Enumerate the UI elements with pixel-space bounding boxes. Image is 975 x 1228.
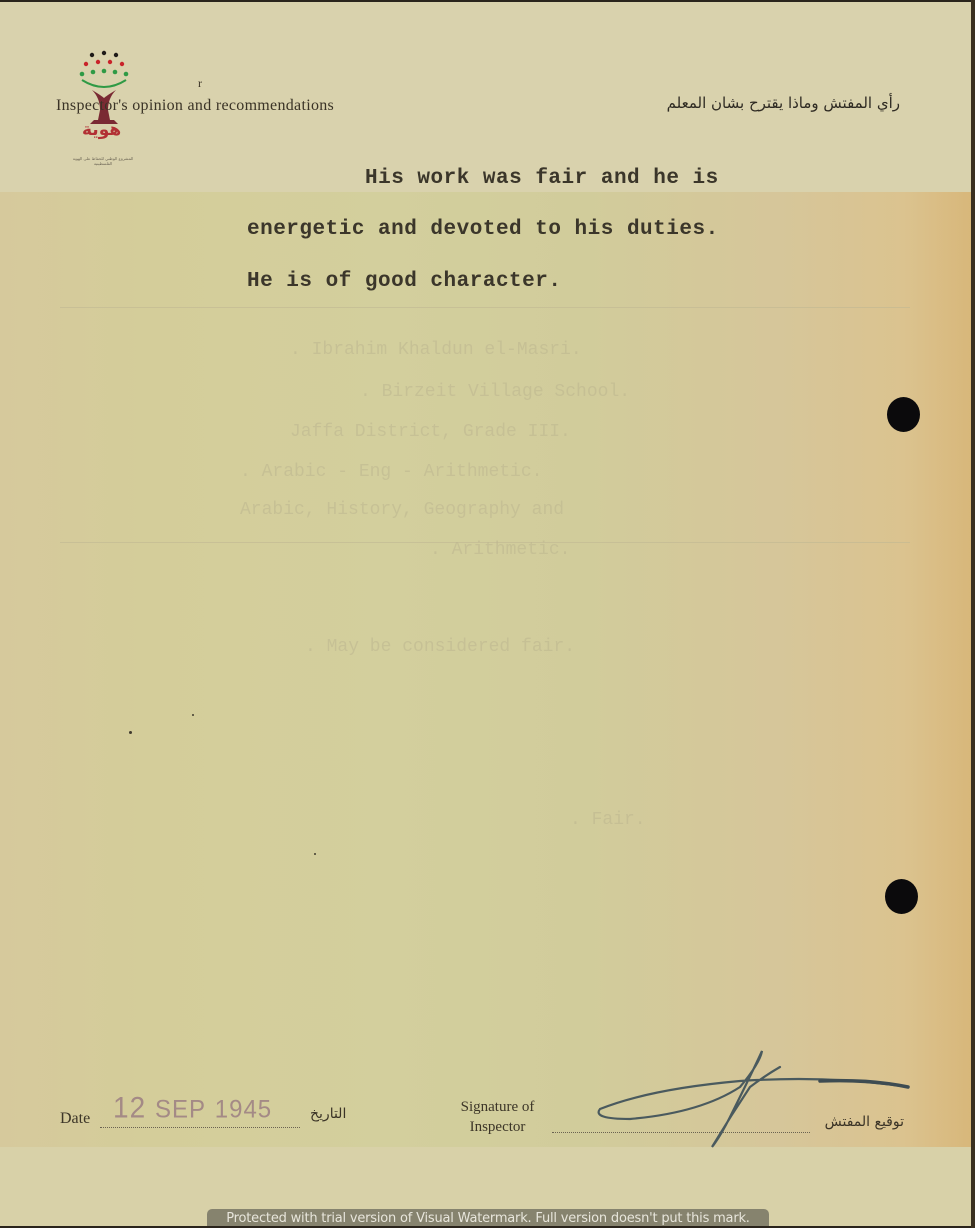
paper-underlay [0, 192, 972, 1147]
logo-wordmark: هوية [82, 120, 121, 140]
document-page: . Ibrahim Khaldun el-Masri. . Birzeit Vi… [0, 2, 972, 1226]
remark-line-2: energetic and devoted to his duties. [247, 218, 719, 241]
date-stamp-month: SEP [155, 1095, 206, 1123]
signature-label-line-1: Signature of [440, 1097, 555, 1117]
paper-speck [314, 853, 316, 855]
bleed-rule [60, 542, 910, 543]
date-dotted-line [100, 1127, 300, 1128]
remark-line-3: He is of good character. [247, 270, 561, 293]
paper-speck [192, 714, 194, 716]
logo-subtitle: المشروع الوطني للحفاظ على الهوية الفلسطي… [72, 156, 134, 168]
date-label: Date [60, 1110, 90, 1128]
date-stamp: 12 SEP 1945 [113, 1091, 272, 1125]
trial-watermark-banner: Protected with trial version of Visual W… [207, 1209, 769, 1226]
handwritten-signature-icon [590, 1047, 920, 1157]
signature-label-arabic: توقيع المفتش [825, 1114, 904, 1130]
punch-hole [887, 397, 920, 432]
signature-label-line-2: Inspector [440, 1117, 555, 1137]
signature-label: Signature of Inspector [440, 1097, 555, 1137]
date-label-arabic: التاريخ [310, 1106, 346, 1122]
section-title-arabic: رأي المفتش وماذا يقترح بشان المعلم [667, 94, 900, 112]
date-stamp-year: 1945 [215, 1095, 272, 1123]
corner-mark: r [198, 76, 202, 91]
date-stamp-day: 12 [113, 1091, 146, 1124]
bleed-rule [60, 307, 910, 308]
section-title-english: Inspector's opinion and recommendations [56, 97, 334, 115]
paper-speck [129, 731, 132, 734]
scan-edge [971, 0, 975, 1228]
punch-hole [885, 879, 918, 914]
remark-line-1: His work was fair and he is [365, 167, 719, 190]
